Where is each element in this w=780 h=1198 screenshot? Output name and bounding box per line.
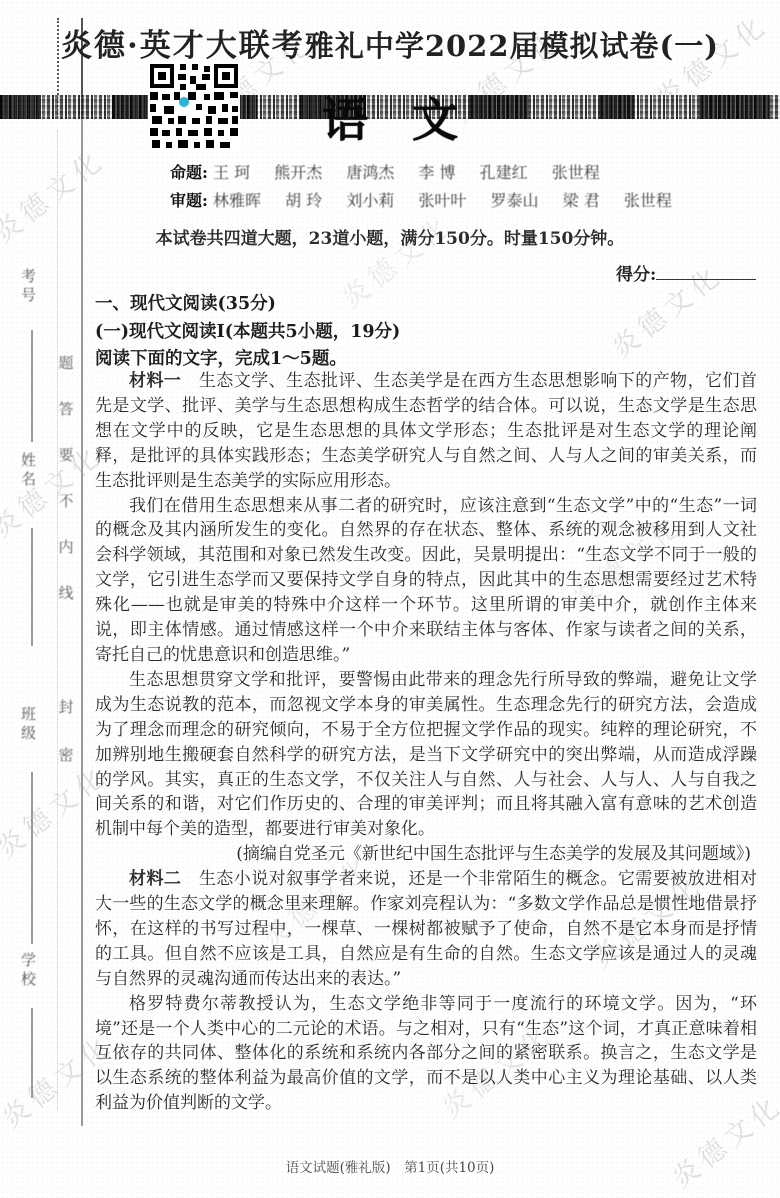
reviewer-name: 梁 君 bbox=[563, 191, 600, 210]
reviewer-name: 胡 玲 bbox=[285, 191, 322, 210]
seal-line-char: 答 bbox=[58, 398, 74, 419]
margin-label-name: 姓名 bbox=[18, 452, 36, 490]
reading-instruction: 阅读下面的文字，完成1～5题。 bbox=[95, 345, 347, 370]
reviewer-name: 张叶叶 bbox=[418, 191, 466, 210]
seal-line-char: 封 bbox=[58, 696, 74, 717]
watermark: 炎德文化 bbox=[0, 434, 110, 546]
exam-title: 雅礼中学2022届模拟试卷(一) bbox=[305, 29, 719, 63]
reviewers-label: 审题: bbox=[170, 191, 208, 210]
reviewer-name: 张世程 bbox=[624, 191, 672, 210]
margin-fill-line bbox=[31, 528, 33, 646]
material-one-paragraph-3: 生态思想贯穿文学和批评，要警惕由此带来的理念先行所导致的弊端，避免让文学成为生态… bbox=[95, 668, 757, 842]
subject-title: 语文 bbox=[0, 84, 780, 150]
margin-fill-line bbox=[31, 772, 33, 944]
brand-name: 炎德·英才大联考 bbox=[61, 28, 305, 64]
score-row: 得分: bbox=[616, 260, 756, 285]
seal-line-char: 密 bbox=[58, 744, 74, 765]
setter-name: 唐鸿杰 bbox=[346, 163, 394, 182]
setter-name: 熊开杰 bbox=[274, 163, 322, 182]
material-two-lead: 材料二 bbox=[129, 869, 181, 889]
qr-code bbox=[148, 62, 240, 150]
seal-line-char: 要 bbox=[58, 444, 74, 465]
setters-label: 命题: bbox=[170, 163, 208, 182]
material-one-source: (摘编自党圣元《新世纪中国生态批评与生态美学的发展及其问题域》) bbox=[95, 842, 757, 867]
section-heading-sub-part: (一)现代文阅读Ⅰ(本题共5小题，19分) bbox=[95, 318, 400, 343]
margin-label-class: 班级 bbox=[18, 706, 36, 744]
page-footer: 语文试题(雅礼版) 第1页(共10页) bbox=[0, 1156, 780, 1176]
watermark: 炎德文化 bbox=[332, 204, 460, 316]
material-one-text-1: 生态文学、生态批评、生态美学是在西方生态思想影响下的产物，它们首先是文学、批评、… bbox=[95, 371, 757, 491]
setter-name: 王 珂 bbox=[213, 163, 250, 182]
material-two-paragraph-1: 材料二 生态小说对叙事学者来说，还是一个非常陌生的概念。它需要被放进相对大一些的… bbox=[95, 867, 757, 992]
reviewer-name: 刘小莉 bbox=[346, 191, 394, 210]
seal-line-char: 内 bbox=[58, 536, 74, 557]
setter-name: 李 博 bbox=[418, 163, 455, 182]
score-label: 得分: bbox=[616, 265, 656, 285]
setters-line: 命题: 王 珂 熊开杰 唐鸿杰 李 博 孔建红 张世程 bbox=[170, 160, 619, 183]
qr-scan-dot bbox=[179, 97, 189, 107]
material-one-lead: 材料一 bbox=[129, 371, 181, 391]
reviewers-line: 审题: 林雅晖 胡 玲 刘小莉 张叶叶 罗泰山 梁 君 张世程 bbox=[170, 188, 691, 211]
margin-fill-line bbox=[31, 330, 33, 442]
setter-name: 张世程 bbox=[552, 163, 600, 182]
exam-info-line: 本试卷共四道大题，23道小题，满分150分。时量150分钟。 bbox=[0, 224, 780, 249]
section-heading-part-one: 一、现代文阅读(35分) bbox=[95, 290, 276, 315]
seal-line-char: 不 bbox=[58, 490, 74, 511]
reviewer-name: 林雅晖 bbox=[213, 191, 261, 210]
score-blank-line bbox=[656, 265, 756, 280]
margin-rule-line bbox=[81, 18, 83, 1126]
material-one-paragraph-2: 我们在借用生态思想来从事二者的研究时，应该注意到“生态文学”中的“生态”一词的概… bbox=[95, 494, 757, 668]
material-one-paragraph-1: 材料一 生态文学、生态批评、生态美学是在西方生态思想影响下的产物，它们首先是文学… bbox=[95, 369, 757, 494]
reviewer-name: 罗泰山 bbox=[491, 191, 539, 210]
fold-dotted-line-faint bbox=[57, 130, 58, 1110]
seal-line-char: 题 bbox=[58, 352, 74, 373]
seal-line-char: 线 bbox=[58, 582, 74, 603]
material-two-paragraph-2: 格罗特费尔蒂教授认为，生态文学绝非等同于一度流行的环境文学。因为，“环境”还是一… bbox=[95, 992, 757, 1117]
setter-name: 孔建红 bbox=[480, 163, 528, 182]
page-title: 炎德·英才大联考雅礼中学2022届模拟试卷(一) bbox=[0, 20, 780, 65]
margin-label-exam-number: 考号 bbox=[18, 268, 36, 306]
margin-fill-line bbox=[31, 1008, 33, 1098]
material-two-text-1: 生态小说对叙事学者来说，还是一个非常陌生的概念。它需要被放进相对大一些的生态文学… bbox=[95, 869, 757, 989]
margin-label-school: 学校 bbox=[18, 952, 36, 990]
passage-body: 材料一 生态文学、生态批评、生态美学是在西方生态思想影响下的产物，它们首先是文学… bbox=[95, 369, 757, 1116]
